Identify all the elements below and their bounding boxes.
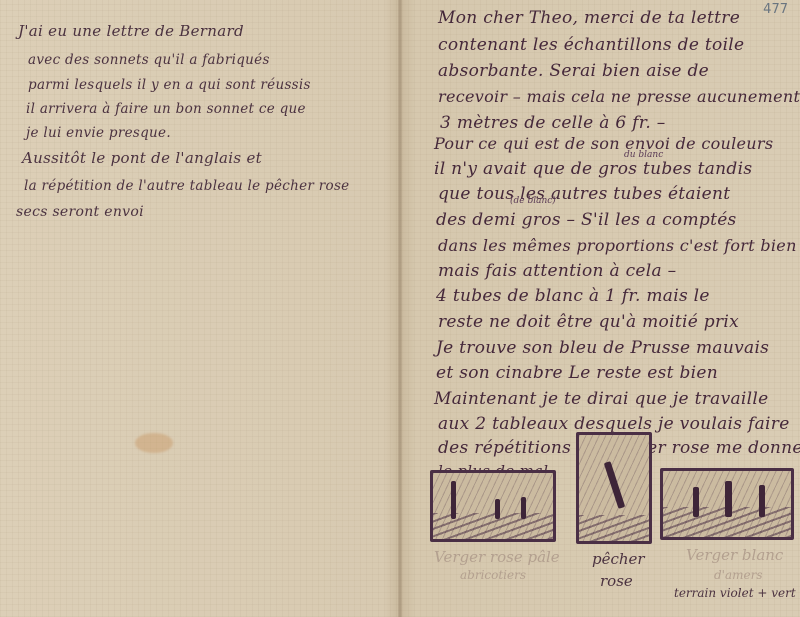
right-line-8: que tous les autres tubes étaient: [438, 184, 730, 204]
right-page: 477 Mon cher Theo, merci de ta lettre co…: [402, 0, 800, 617]
right-line-3: absorbante. Serai bien aise de: [438, 61, 709, 81]
caption-orchard-white-2: d'amers: [714, 568, 763, 582]
paper-stain: [135, 433, 173, 453]
right-line-16: Maintenant je te dirai que je travaille: [434, 389, 768, 409]
sketch-tree: [495, 499, 500, 519]
caption-orchard-white-1: Verger blanc: [686, 546, 783, 564]
sketch-tree: [521, 497, 526, 519]
left-line-1: J'ai eu une lettre de Bernard: [18, 22, 244, 40]
right-line-5: 3 mètres de celle à 6 fr. –: [440, 113, 666, 133]
sketch-tree: [604, 461, 625, 509]
sketch-orchard-pink: [430, 470, 556, 542]
caption-peach-tree-1: pêcher: [592, 550, 645, 568]
sketch-tree: [451, 481, 456, 519]
page-number: 477: [763, 2, 788, 17]
right-line-13: reste ne doit être qu'à moitié prix: [438, 312, 739, 332]
insert-du-blanc: du blanc: [624, 150, 663, 160]
insert-de-blanc: (de blanc): [510, 196, 556, 206]
left-line-2: avec des sonnets qu'il a fabriqués: [28, 52, 270, 68]
caption-peach-tree-2: rose: [600, 572, 633, 590]
left-line-6: Aussitôt le pont de l'anglais et: [22, 149, 262, 167]
left-page: J'ai eu une lettre de Bernard avec des s…: [0, 0, 398, 617]
right-line-1: Mon cher Theo, merci de ta lettre: [438, 8, 740, 28]
right-line-9: des demi gros – S'il les a comptés: [436, 210, 737, 230]
letter-scan: J'ai eu une lettre de Bernard avec des s…: [0, 0, 800, 617]
caption-orchard-pink-2: abricotiers: [460, 568, 526, 582]
left-line-4: il arrivera à faire un bon sonnet ce que: [26, 101, 306, 117]
right-line-17: aux 2 tableaux desquels je voulais faire: [438, 414, 790, 434]
left-line-7: la répétition de l'autre tableau le pêch…: [24, 178, 349, 194]
sketch-tree: [725, 481, 732, 517]
left-line-3: parmi lesquels il y en a qui sont réussi…: [28, 77, 311, 93]
caption-orchard-white-3: terrain violet + vert: [674, 586, 796, 600]
sketch-orchard-white: [660, 468, 794, 540]
right-line-7: il n'y avait que de gros tubes tandis: [434, 159, 752, 179]
right-line-6: Pour ce qui est de son envoi de couleurs: [434, 134, 773, 153]
sketch-ground: [579, 515, 649, 542]
sketch-tree: [693, 487, 699, 517]
caption-orchard-pink-1: Verger rose pâle: [434, 548, 560, 566]
right-line-2: contenant les échantillons de toile: [438, 35, 744, 55]
right-line-12: 4 tubes de blanc à 1 fr. mais le: [436, 286, 710, 306]
right-line-11: mais fais attention à cela –: [438, 261, 676, 281]
right-line-10: dans les mêmes proportions c'est fort bi…: [438, 236, 797, 255]
left-line-8: secs seront envoi: [16, 204, 144, 220]
right-line-4: recevoir – mais cela ne presse aucunemen…: [438, 87, 800, 106]
sketch-tree: [759, 485, 765, 517]
right-line-14: Je trouve son bleu de Prusse mauvais: [436, 338, 769, 358]
right-line-15: et son cinabre Le reste est bien: [436, 363, 718, 383]
sketch-peach-tree-pink: [576, 432, 652, 544]
left-line-5: je lui envie presque.: [26, 125, 171, 141]
